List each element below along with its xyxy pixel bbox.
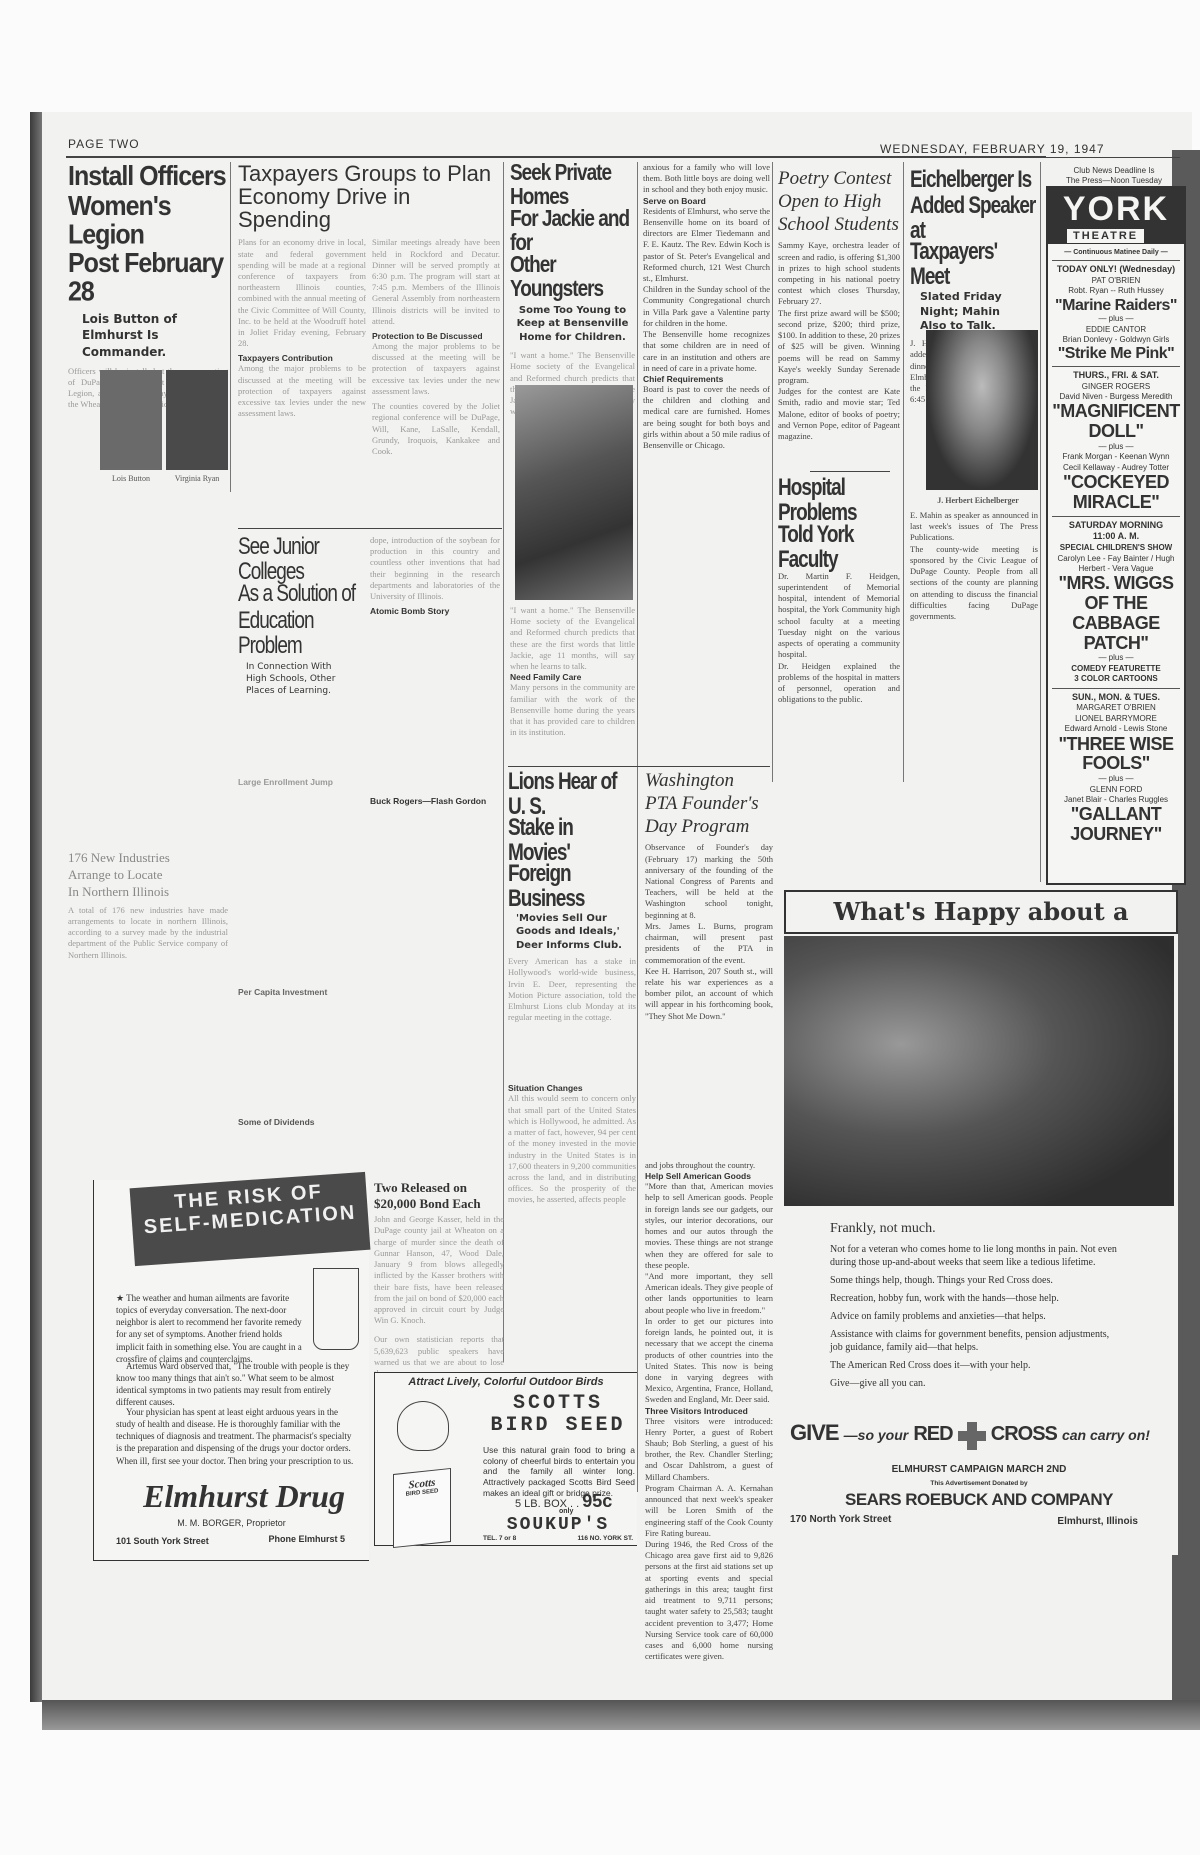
article-body: Among the major problems to be discussed… [238,363,366,419]
graduate-beaker-icon [313,1268,359,1350]
cast: Carolyn Lee - Fay Bainter / Hugh Herbert… [1048,554,1184,575]
showtime: THURS., FRI. & SAT. [1048,370,1184,382]
club-news-note: Club News Deadline Is The Press—Noon Tue… [1046,166,1182,187]
star: PAT O'BRIEN [1048,276,1184,286]
plus: — plus — [1048,314,1184,324]
article-body: Program Chairman A. A. Kernahan announce… [645,1483,773,1539]
headline-line: Install Officers [68,162,228,191]
article-hospital-problems: Hospital Problems Told York Faculty Dr. … [778,476,900,705]
article-private-homes-continued: anxious for a family who will love them.… [643,162,770,451]
article-body: Children in the Sunday school of the Com… [643,284,770,329]
star: MARGARET O'BRIEN [1048,703,1184,713]
movie-title: "COCKEYED MIRACLE" [1048,473,1184,513]
red-cross-icon [958,1422,986,1450]
york-logo: YORK THEATRE [1048,188,1184,244]
featurette: COMEDY FEATURETTE [1048,664,1184,674]
photo-lois-button [100,370,162,470]
headline-line: Seek Private Homes [510,162,635,210]
ad-paragraph: Artemus Ward observed that, "The trouble… [116,1360,356,1409]
article-body: Dr. Martin F. Heidgen, superintendent of… [778,571,900,661]
product-title: SCOTTS BIRD SEED [483,1393,633,1437]
ad-paragraph: The weather and human ailments are favor… [116,1293,302,1364]
article-body: Board is past to cover the needs of the … [643,384,770,451]
article-body: The first prize award will be $500; seco… [778,308,900,387]
subhead: Elmhurst Is [82,327,228,343]
sponsor-name: SEARS ROEBUCK AND COMPANY [780,1490,1178,1510]
ad-tagline: Attract Lively, Colorful Outdoor Birds [375,1376,637,1388]
ad-line: Some things help, though. Things your Re… [830,1274,1120,1287]
headline-line: 176 New Industries [68,850,228,867]
ad-headline: What's Happy about a Hospital? [784,890,1178,934]
article-body: and jobs throughout the country. [645,1160,773,1171]
movie-title: "MRS. WIGGS OF THE CABBAGE PATCH" [1048,574,1184,653]
headline-line: PTA Founder's [645,793,773,816]
store-name: Elmhurst Drug [124,1478,364,1515]
column-rule [1040,162,1041,882]
subhead: Home for Children. [510,331,635,345]
article-body: Plans for an economy drive in local, sta… [238,237,366,349]
bird-seed-box: Scotts BIRD SEED [393,1468,451,1548]
headline-line: Told York Faculty [778,523,900,573]
photo-virginia-ryan [166,370,228,470]
photo-caption: Virginia Ryan [166,474,228,483]
store-address: 101 South York Street [116,1536,209,1546]
article-body: During 1946, the Red Cross of the Chicag… [645,1539,773,1662]
article-body: "And more important, they sell American … [645,1271,773,1316]
subhead: Slated Friday [920,290,1038,305]
headline-line: Poetry Contest [778,168,900,191]
headline-line: In Northern Illinois [68,884,228,901]
headline-line: For Jackie and for [510,208,635,256]
article-body: Similar meetings already have been held … [372,237,500,327]
cast: Robt. Ryan -- Ruth Hussey [1048,286,1184,296]
matinee-note: — Continuous Matinee Daily — [1048,248,1184,257]
headline-line: Eichelberger Is [910,168,1038,193]
note-line: Club News Deadline Is [1046,166,1182,176]
red-cross-slogan: GIVE —so your RED CROSS can carry on! [790,1420,1180,1450]
subhead: Goods and Ideals,' [516,925,636,939]
subhead: Some Too Young to [510,304,635,318]
plus: — plus — [1048,442,1184,452]
article-body: Judges for the contest are Kate Smith, r… [778,386,900,442]
photo-jackie-child [515,385,633,600]
logo-text: YORK [1063,190,1169,228]
article-body: The county-wide meeting is sponsored by … [910,544,1038,623]
ad-banner: THE RISK OF SELF-MEDICATION [130,1172,371,1266]
article-eichelberger-lower: E. Mahin as speaker as announced in last… [910,510,1038,622]
title-line: SCOTTS [483,1393,633,1415]
headline-line: Arrange to Locate [68,867,228,884]
star: GINGER ROGERS [1048,382,1184,392]
ad-lead: Frankly, not much. [830,1220,1120,1238]
article-subhead: Serve on Board [643,196,770,206]
movie-title: "THREE WISE FOOLS" [1048,735,1184,775]
article-lions-continued: and jobs throughout the country. Help Se… [645,1160,773,1662]
title-line: BIRD SEED [483,1415,633,1437]
headline-line: Other Youngsters [510,254,635,302]
article-subhead: Buck Rogers—Flash Gordon [370,796,500,806]
column-rule [230,162,231,492]
donor-note: This Advertisement Donated by [780,1480,1178,1487]
bird-mascot-icon: Scotts BIRD SEED [389,1401,455,1531]
cast: Edward Arnold - Lewis Stone [1048,724,1184,734]
slogan-part: RED [913,1423,952,1445]
article-body: Kee H. Harrison, 207 South st., will rel… [645,966,773,1022]
article-body: Three visitors were introduced: Henry Po… [645,1416,773,1483]
logo-subtext: THEATRE [1066,228,1145,244]
ad-paragraph: Your physician has spent at least eight … [116,1406,356,1467]
headline-line: Education Problem [238,609,358,659]
proprietor: M. M. BORGER, Proprietor [94,1518,369,1528]
photo-eichelberger [926,330,1038,490]
article-body: Every American has a stake in Hollywood'… [508,956,636,1023]
article-junior-colleges: See Junior Colleges As a Solution of Edu… [238,535,358,1127]
headline-line: Taxpayers Groups to Plan [238,162,500,185]
article-new-industries: 176 New Industries Arrange to Locate In … [68,850,228,961]
ad-copy: Frankly, not much. Not for a veteran who… [830,1220,1120,1395]
article-subhead: Three Visitors Introduced [645,1406,773,1416]
masthead-rule-right [880,157,1180,158]
article-body: Dr. Heidgen explained the problems of th… [778,661,900,706]
showtime: 11:00 A. M. [1048,531,1184,543]
headline-line: Taxpayers' Meet [910,240,1038,290]
headline-line: Open to High [778,191,900,214]
article-subhead: Help Sell American Goods [645,1171,773,1181]
article-body: John and George Kasser, held in the DuPa… [374,1214,504,1326]
slogan-part: CROSS [991,1423,1057,1445]
article-subhead: Situation Changes [508,1083,636,1093]
headline-line: Added Speaker at [910,194,1038,244]
ad-line: Not for a veteran who comes home to lie … [830,1243,1120,1269]
article-lions: Lions Hear of U. S. Stake in Movies' For… [508,770,636,1206]
campaign-date: ELMHURST CAMPAIGN MARCH 2ND [780,1464,1178,1475]
article-bond-release: Two Released on $20,000 Bond Each John a… [374,1180,504,1379]
ad-line: Give—give all you can. [830,1377,1120,1390]
photo-caption: J. Herbert Eichelberger [916,496,1040,505]
ad-elmhurst-drug: THE RISK OF SELF-MEDICATION ★ The weathe… [93,1180,369,1561]
store-name: SOUKUP'S [483,1515,633,1535]
special: SPECIAL CHILDREN'S SHOW [1048,543,1184,553]
section-rule [508,766,770,767]
slogan-part: —so your [844,1427,909,1443]
article-subhead: Some of Dividends [238,1117,358,1127]
headline-line: Day Program [645,816,773,839]
plus: — plus — [1048,774,1184,784]
article-body: anxious for a family who will love them.… [643,162,770,196]
star-icon: ★ [116,1293,126,1303]
star: EDDIE CANTOR [1048,325,1184,335]
star: LIONEL BARRYMORE [1048,714,1184,724]
photo-caption: Lois Button [100,474,162,483]
article-washington-pta: Washington PTA Founder's Day Program Obs… [645,770,773,1022]
plus: — plus — [1048,653,1184,663]
ad-line: Advice on family problems and anxieties—… [830,1310,1120,1323]
subhead: Lois Button of [82,311,228,327]
column-rule [637,162,638,1492]
article-subhead: Taxpayers Contribution [238,353,366,363]
headline-line: Stake in Movies' [508,816,636,866]
price: 95c [582,1491,612,1511]
headline-line: $20,000 Bond Each [374,1196,504,1212]
headline-line: Foreign Business [508,862,636,912]
column-rule [772,162,773,782]
showtime: SUN., MON. & TUES. [1048,692,1184,704]
article-taxpayers: Taxpayers Groups to Plan Economy Drive i… [238,162,500,457]
star: GLENN FORD [1048,785,1184,795]
ad-body: ★ The weather and human ailments are fav… [116,1292,306,1365]
article-body: The Bensenville home recognizes that som… [643,329,770,374]
article-private-homes-lower: "I want a home." The Bensenville Home so… [510,605,635,738]
article-body: "I want a home." The Bensenville Home so… [510,605,635,672]
headline-line: As a Solution of [238,582,358,607]
headline-line: Hospital Problems [778,476,900,526]
article-subhead: Large Enrollment Jump [238,777,358,787]
headline-line: See Junior Colleges [238,535,358,585]
slogan-part: can carry on! [1062,1427,1150,1443]
ad-scotts-bird-seed: Attract Lively, Colorful Outdoor Birds S… [374,1372,637,1546]
article-body: Mrs. James L. Burns, program chairman, w… [645,921,773,966]
article-body: dope, introduction of the soybean for pr… [370,535,500,602]
subhead: In Connection With [246,661,358,673]
headline-line: Washington [645,770,773,793]
page-bottom-shadow [42,1700,1200,1730]
headline-line: Women's Legion [68,192,228,250]
cast: Brian Donlevy - Goldwyn Girls [1048,335,1184,345]
headline-line: Economy Drive in Spending [238,185,500,231]
movie-title: "GALLANT JOURNEY" [1048,805,1184,845]
column-rule [903,162,904,782]
movie-title: "Strike Me Pink" [1048,345,1184,363]
page-label: PAGE TWO [68,137,140,151]
article-body: Residents of Elmhurst, who serve the Ben… [643,206,770,285]
subhead: Commander. [82,344,228,360]
showtime: TODAY ONLY! (Wednesday) [1048,264,1184,276]
section-rule [810,471,890,472]
ad-line: The American Red Cross does it—with your… [830,1359,1120,1372]
star: Frank Morgan - Keenan Wynn [1048,452,1184,462]
article-body: "More than that, American movies help to… [645,1181,773,1271]
article-body: A total of 176 new industries have made … [68,905,228,961]
article-body: In order to get our pictures into foreig… [645,1316,773,1406]
cartoons: 3 COLOR CARTOONS [1048,674,1184,684]
headline-line: School Students [778,214,900,237]
ad-line: Recreation, hobby fun, work with the han… [830,1292,1120,1305]
headline-line: Post February 28 [68,249,228,307]
headline-line: Lions Hear of U. S. [508,770,636,820]
store-phone: Phone Elmhurst 5 [268,1534,345,1544]
article-subhead: Protection to Be Discussed [372,331,500,341]
movie-title: "Marine Raiders" [1048,297,1184,315]
slogan-part: GIVE [790,1420,839,1445]
article-body: Observance of Founder's day (February 17… [645,842,773,921]
photo-hospital-veterans [784,936,1174,1206]
subhead: Night; Mahin [920,305,1038,320]
subhead: 'Movies Sell Our [516,912,636,926]
store-phone: TEL. 7 or 8 [483,1535,516,1542]
article-body: Among the major problems to be discussed… [372,341,500,397]
article-subhead: Need Family Care [510,672,635,682]
movie-title: "MAGNIFICENT DOLL" [1048,402,1184,442]
article-body: Many persons in the community are famili… [510,682,635,738]
article-subhead: Per Capita Investment [238,987,358,997]
page-date: WEDNESDAY, FEBRUARY 19, 1947 [880,142,1105,156]
subhead: Deer Informs Club. [516,939,636,953]
price-qualifier: only [559,1508,573,1515]
article-poetry-contest: Poetry Contest Open to High School Stude… [778,168,900,442]
article-body: All this would seem to concern only that… [508,1093,636,1205]
subhead: Places of Learning. [246,685,358,697]
article-junior-colleges-col2: dope, introduction of the soybean for pr… [370,535,500,806]
store-address: 116 NO. YORK ST. [577,1535,633,1542]
ad-york-theatre: YORK THEATRE — Continuous Matinee Daily … [1046,186,1186,885]
article-subhead: Chief Requirements [643,374,770,384]
subhead: Keep at Bensenville [510,317,635,331]
headline-line: Two Released on [374,1180,504,1196]
ad-red-cross: What's Happy about a Hospital? Frankly, … [780,890,1178,1555]
sponsor-city: Elmhurst, Illinois [1057,1516,1138,1527]
article-private-homes: Seek Private Homes For Jackie and for Ot… [510,162,635,417]
showtime: SATURDAY MORNING [1048,520,1184,532]
subhead: High Schools, Other [246,673,358,685]
sponsor-address: 170 North York Street [790,1514,891,1525]
article-body: E. Mahin as speaker as announced in last… [910,510,1038,544]
article-subhead: Atomic Bomb Story [370,606,500,616]
article-body: Sammy Kaye, orchestra leader of screen a… [778,240,900,307]
ad-line: Assistance with claims for government be… [830,1328,1120,1354]
section-rule [238,528,502,529]
article-body: The counties covered by the Joliet regio… [372,401,500,457]
